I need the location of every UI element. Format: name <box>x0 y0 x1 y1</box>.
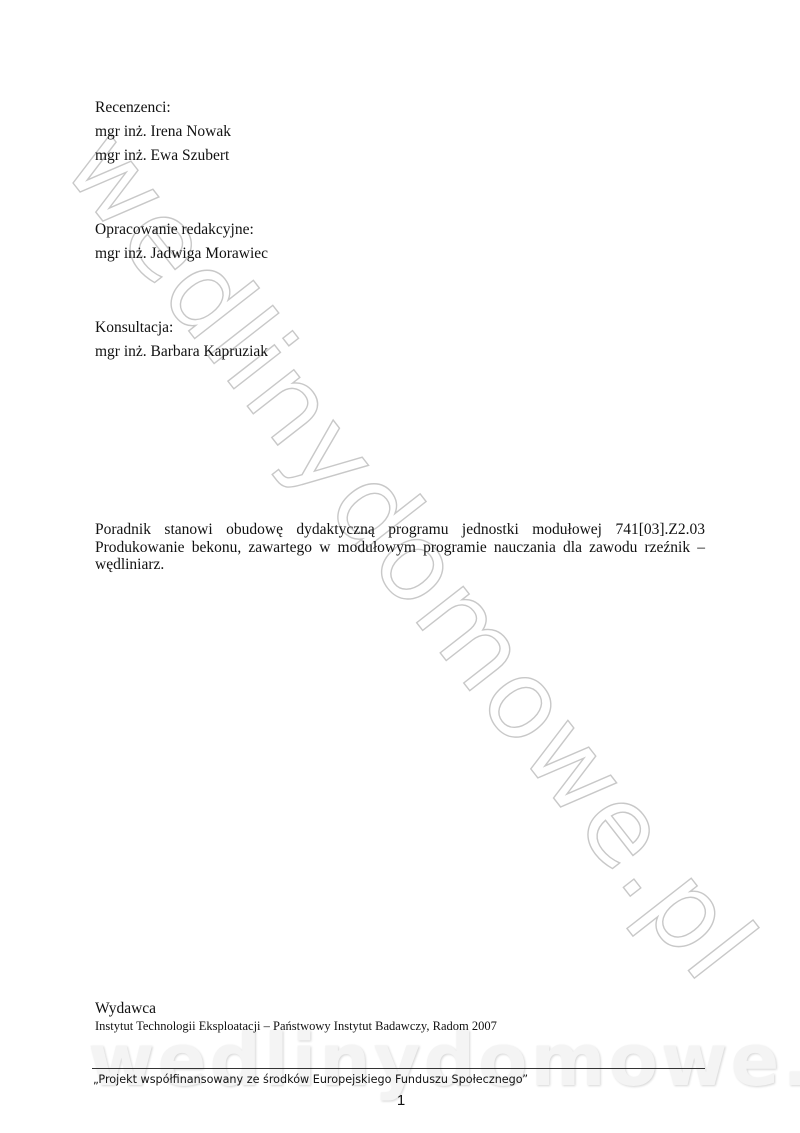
guide-description: Poradnik stanowi obudowę dydaktyczną pro… <box>95 521 705 574</box>
reviewer-name: mgr inż. Ewa Szubert <box>95 144 229 168</box>
reviewer-name: mgr inż. Irena Nowak <box>95 120 231 144</box>
document-page: wedlinydomowe.pl wedlinydomowe.pl Recenz… <box>0 0 800 1133</box>
publisher-label: Wydawca <box>95 999 156 1019</box>
editorial-heading: Opracowanie redakcyjne: <box>95 218 254 242</box>
reviewers-heading: Recenzenci: <box>95 96 171 120</box>
footer-divider <box>92 1068 705 1069</box>
consultation-heading: Konsultacja: <box>95 316 173 340</box>
editor-name: mgr inż. Jadwiga Morawiec <box>95 242 268 266</box>
publisher-name: Instytut Technologii Eksploatacji – Pańs… <box>95 1018 497 1034</box>
funding-note: „Projekt współfinansowany ze środków Eur… <box>93 1073 528 1087</box>
page-number: 1 <box>395 1092 407 1110</box>
consultant-name: mgr inż. Barbara Kapruziak <box>95 340 268 364</box>
